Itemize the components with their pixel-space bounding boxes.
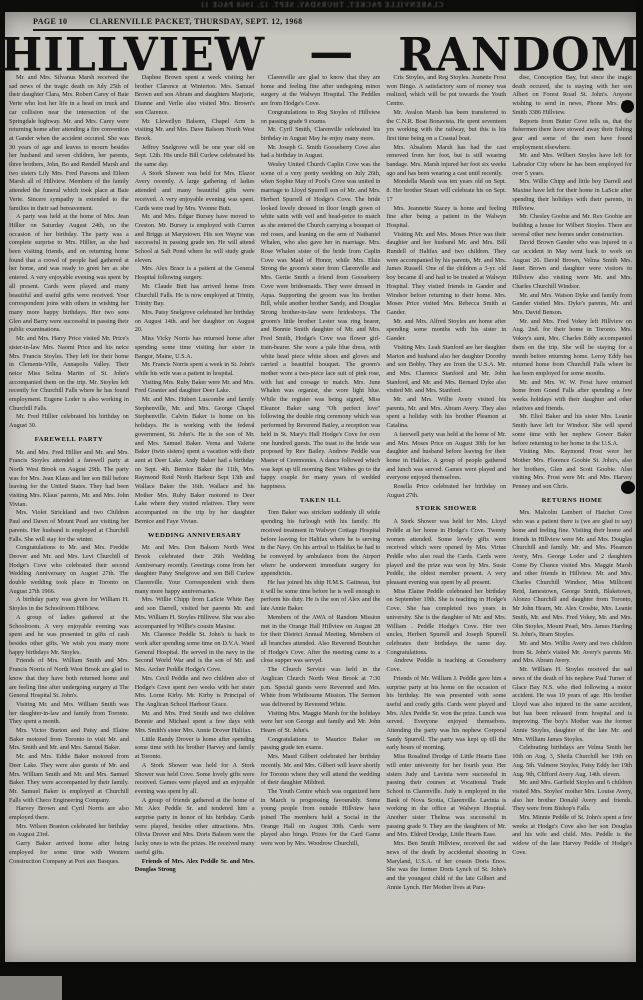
- news-paragraph: Mondella Marsh was ten years old on Sept…: [386, 178, 506, 204]
- page-number-label: PAGE 10: [33, 17, 67, 26]
- news-column-5: dise, Conception Bay, but since the trag…: [512, 74, 632, 960]
- news-paragraph: A birthday party was given for William H…: [9, 596, 129, 613]
- news-paragraph: Mr. and Mrs. Fred Vokey left Hillview on…: [512, 318, 632, 379]
- newspaper-scan: CLARENVILLE PACKET, THURSDAY, SEPT. 12, …: [0, 0, 643, 1000]
- news-paragraph: Mr. and Mrs. Wilbert Stoyles have left f…: [512, 152, 632, 178]
- news-paragraph: Mr. Clarence Peddle St. John's is back t…: [135, 631, 255, 675]
- news-paragraph: Miss Vicky Norris has returned home afte…: [135, 335, 255, 361]
- ink-blob: [621, 100, 634, 113]
- news-paragraph: A group of friends gathered at the home …: [135, 797, 255, 858]
- section-heading: WEDDING ANNIVERSARY: [135, 532, 255, 541]
- news-paragraph: Mr. and Mrs. Silvanus Marsh received the…: [9, 74, 129, 213]
- news-paragraph: Visiting Mr. and Mrs. Moses Price was th…: [386, 231, 506, 318]
- news-paragraph: Mrs. Ben Smith Hillview, received the sa…: [386, 840, 506, 892]
- news-paragraph: Miss Elaine Peddle celebrated her birthd…: [386, 588, 506, 658]
- photo-edge-bottom: [0, 962, 643, 1000]
- news-paragraph: Clarenville are glad to know that they a…: [261, 74, 381, 109]
- news-paragraph: Mrs. Alex Brace is a patient at the Gene…: [135, 265, 255, 282]
- news-paragraph: Mrs. Patsy Snelgrove celebrated her birt…: [135, 309, 255, 335]
- headline-right: RANDOM: [398, 33, 640, 79]
- news-paragraph: He has joined his ship H.M.S. Gatineau, …: [261, 579, 381, 614]
- news-paragraph: Mr. and Mrs. Don Balsom North West Brook…: [135, 544, 255, 596]
- news-paragraph: David Brown Gander who was injured in a …: [512, 239, 632, 291]
- news-paragraph: Mr. and Mrs. Eddie Baker motored from De…: [9, 753, 129, 805]
- news-paragraph: A Stork Shower was held for Mrs. Elazor …: [135, 170, 255, 214]
- news-paragraph: Mr. Claude Butt has arrived home from Ch…: [135, 283, 255, 309]
- news-paragraph: Miss Rosalind Drodge of Little Hearts Ea…: [386, 753, 506, 840]
- news-paragraph: Mrs. Maud Gilbert celebrated her birthda…: [261, 753, 381, 788]
- news-paragraph: Visiting Mrs. Ruby Baker were Mr. and Mr…: [135, 379, 255, 396]
- news-paragraph: Mr. and Mrs. Hubert Luscombe and family …: [135, 396, 255, 527]
- news-paragraph: Mr. and Mrs. Edgar Bursey have moved to …: [135, 213, 255, 265]
- news-paragraph: Mr. and Mrs. Harry Price visited Mr. Pri…: [9, 335, 129, 413]
- headline-dash: —: [309, 30, 354, 76]
- news-paragraph: Friends of Mrs. Alex Peddle Sr. and Mrs.…: [135, 858, 255, 875]
- news-paragraph: Wesley United Church Caplin Cove was the…: [261, 161, 381, 492]
- news-paragraph: Mrs. Jeannette Stacey is home and feelin…: [386, 205, 506, 231]
- news-paragraph: Congratulations to Reg Stoyles of Hillvi…: [261, 109, 381, 126]
- news-paragraph: Andrew Peddle is teaching at Gooseberry …: [386, 657, 506, 674]
- news-paragraph: Mr. Avalon Marsh has been transferred to…: [386, 109, 506, 144]
- news-paragraph: Reports from Butter Cove tells us, that …: [512, 118, 632, 153]
- news-paragraph: Mrs. Willie Chipp and little boy Darrell…: [512, 178, 632, 213]
- news-paragraph: Friends of Mr. William J. Peddle gave hi…: [386, 675, 506, 753]
- news-paragraph: A Stork Shower was held for Mrs. Lloyd P…: [386, 518, 506, 588]
- news-paragraph: A Stork Shower was held for A Stork Show…: [135, 762, 255, 797]
- news-paragraph: Mr. Francis Norris spent a week in St. J…: [135, 361, 255, 378]
- news-paragraph: A group of ladies gathered at the School…: [9, 614, 129, 658]
- news-paragraph: Cris Stoyles, and Reg Stoyles. Jeanette …: [386, 74, 506, 109]
- masthead: PAGE 10 CLARENVILLE PACKET, THURSDAY, SE…: [33, 17, 303, 26]
- news-paragraph: Visiting Mrs. Maggie Marsh for the holid…: [261, 710, 381, 736]
- news-paragraph: Tom Baker was stricken suddenly ill whil…: [261, 509, 381, 579]
- section-heading: RETURNS HOME: [512, 497, 632, 506]
- news-paragraph: Harvey Brown and Cyril Norris are also e…: [9, 805, 129, 822]
- news-paragraph: Mr. and Mrs. Fred Smith and two children…: [135, 710, 255, 736]
- news-paragraph: Mrs. Violet Strickland and two Children …: [9, 509, 129, 544]
- photo-corner-patch: [0, 976, 62, 1000]
- news-paragraph: Mrs. Victor Burton and Patsy and Elaine …: [9, 727, 129, 753]
- news-paragraph: The Church Service was held in the Angli…: [261, 666, 381, 710]
- section-heading: FAREWELL PARTY: [9, 436, 129, 445]
- news-paragraph: Mr. and Mrs. Fred Hillier and Mr. and Mr…: [9, 449, 129, 510]
- photo-edge-right: [636, 0, 643, 1000]
- news-paragraph: Mr. Cyril Smith, Clarenville celebrated …: [261, 126, 381, 143]
- news-paragraph: Congratulations to Maurice Baker on pass…: [261, 736, 381, 753]
- news-paragraph: Mrs. Malcolm Lambert of Hatchet Cove who…: [512, 509, 632, 640]
- news-paragraph: Mr. and Mrs. Garfield Stoyles and 6 chil…: [512, 779, 632, 814]
- news-column-2: Daphne Brown spent a week visiting her b…: [135, 74, 255, 960]
- news-paragraph: dise, Conception Bay, but since the trag…: [512, 74, 632, 118]
- headline-left: HILLVIEW: [1, 33, 265, 79]
- news-paragraph: Mr. Fred Hillier celebrated his birthday…: [9, 413, 129, 430]
- news-paragraph: A farewell party was held at the home of…: [386, 431, 506, 483]
- news-paragraph: Mr. Chesley Goobie and Mr. Rex Goobie ar…: [512, 213, 632, 239]
- news-column-3: Clarenville are glad to know that they a…: [261, 74, 381, 960]
- news-paragraph: Mrs. Cecil Peddle and two children also …: [135, 675, 255, 710]
- news-paragraph: Mr. Eliol Baker and his sister Mrs. Lean…: [512, 413, 632, 448]
- news-paragraph: Visiting Mrs. Raymond Frost were her Mot…: [512, 448, 632, 492]
- page-headline: HILLVIEW — RANDOM: [5, 33, 636, 79]
- section-heading: TAKEN ILL: [261, 497, 381, 506]
- news-paragraph: Mr. and Mrs. W. W. Frost have returned h…: [512, 379, 632, 414]
- news-paragraph: A party was held at the home of Mrs. Jea…: [9, 213, 129, 335]
- paper-date-line: CLARENVILLE PACKET, THURSDAY, SEPT. 12, …: [89, 17, 302, 26]
- ink-blob: [621, 481, 635, 494]
- news-paragraph: Mrs. Wilson Branton celebrated her birth…: [9, 823, 129, 840]
- news-paragraph: The Youth Centre which was organized her…: [261, 788, 381, 849]
- news-paragraph: Mrs. Willie Chipp from LaScie White Bay …: [135, 596, 255, 631]
- news-paragraph: Mr. and Mrs. Watson Dyke and family from…: [512, 292, 632, 318]
- news-paragraph: Mr. and Mrs. Willie Avery and two childr…: [512, 640, 632, 666]
- news-paragraph: Garry Baker arrived home after being emp…: [9, 840, 129, 866]
- news-paragraph: Members of the AWA of Random Mission met…: [261, 614, 381, 666]
- article-columns: Mr. and Mrs. Silvanus Marsh received the…: [9, 74, 632, 960]
- news-paragraph: Celebrating birthdays are Velma Smith he…: [512, 744, 632, 779]
- news-paragraph: Rosella Price celebrated her birthday on…: [386, 483, 506, 500]
- news-column-4: Cris Stoyles, and Reg Stoyles. Jeanette …: [386, 74, 506, 960]
- news-paragraph: Mr. and Mrs. Willie Avery visited his pa…: [386, 396, 506, 431]
- news-paragraph: Mr. Llewellyn Balsom, Chapel Arm is visi…: [135, 118, 255, 144]
- news-paragraph: Visiting Mrs. Leah Stanford are her daug…: [386, 344, 506, 396]
- news-paragraph: Mr. William H. Stoyles received the sad …: [512, 666, 632, 744]
- section-heading: STORK SHOWER: [386, 505, 506, 514]
- news-paragraph: Congratulations to Mr. and Mrs. Freddie …: [9, 544, 129, 596]
- news-paragraph: Daphne Brown spent a week visiting her b…: [135, 74, 255, 118]
- news-paragraph: Visiting Mr. and Mrs. William Smith was …: [9, 701, 129, 727]
- news-paragraph: Mr. Joseph G. Smith Gooseberry Cove also…: [261, 144, 381, 161]
- news-paragraph: Jeffrey Snelgrove will be one year old o…: [135, 144, 255, 170]
- news-paragraph: Friends of Mrs. William Smith and Mrs. F…: [9, 657, 129, 701]
- news-column-1: Mr. and Mrs. Silvanus Marsh received the…: [9, 74, 129, 960]
- news-paragraph: Little Randy Drover is home after spendi…: [135, 736, 255, 762]
- news-paragraph: Mrs. Minnie Peddle of St. John's spent a…: [512, 814, 632, 858]
- news-paragraph: Mrs. Absalom Marsh has had the cast remo…: [386, 144, 506, 179]
- news-paragraph: Mr. and Mrs. Alfred Stoyles are home aft…: [386, 318, 506, 344]
- newspaper-page: PAGE 10 CLARENVILLE PACKET, THURSDAY, SE…: [5, 12, 636, 962]
